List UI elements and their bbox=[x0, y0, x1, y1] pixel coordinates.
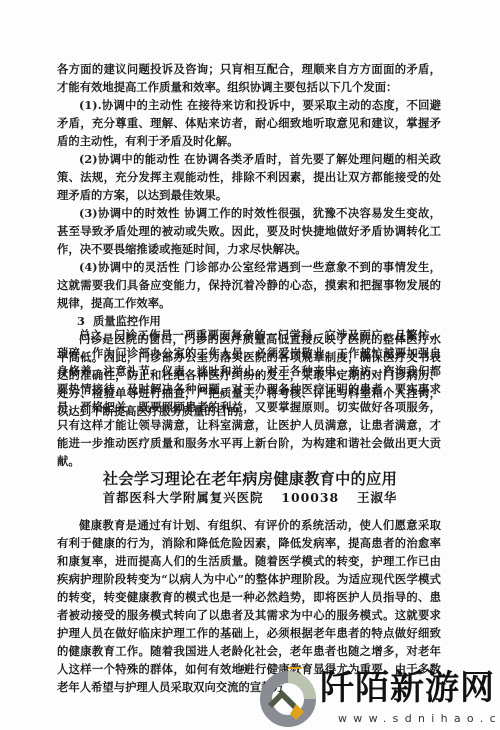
paragraph-continued: 各方面的建议问题投诉及咨询；只肓相互配合，理顺来自方方面面的矛盾，才能有效地提高… bbox=[57, 60, 441, 96]
paragraph-item-2: (2)协调中的能动性 在协调各类矛盾时，首先要了解处理问题的相关政策、法规，充分… bbox=[57, 150, 441, 204]
document-page: 各方面的建议问题投诉及咨询；只肓相互配合，理顺来自方方面面的矛盾，才能有效地提高… bbox=[0, 0, 500, 730]
article-byline: 首都医科大学附属复兴医院100038王淑华 bbox=[0, 489, 500, 507]
page-number: 41 bbox=[240, 663, 249, 673]
author: 王淑华 bbox=[357, 490, 397, 505]
paragraph-item-1: (1).协调中的主动性 在接待来访和投诉中，要采取主动的态度，不回避矛盾，充分尊… bbox=[57, 96, 441, 150]
paragraph-conclusion: 总之，门诊工作是一项重要而复杂的一门学科，它涉及面广，且繁忙、琐碎。作为门诊部办… bbox=[57, 326, 441, 470]
affiliation: 首都医科大学附属复兴医院 bbox=[103, 490, 264, 505]
article1-conclusion: 总之，门诊工作是一项重要而复杂的一门学科，它涉及面广，且繁忙、琐碎。作为门诊部办… bbox=[57, 326, 441, 470]
item-heading: (1).协调中的主动性 bbox=[79, 98, 183, 112]
item-heading: (3)协调中的时效性 bbox=[79, 206, 180, 220]
postcode: 100038 bbox=[281, 490, 339, 505]
watermark: 阡陌新游网 www.sdnihao.com bbox=[258, 666, 498, 728]
item-heading: (4)协调中的灵活性 bbox=[79, 260, 180, 274]
paragraph-item-4: (4)协调中的灵活性 门诊部办公室经常遇到一些意象不到的事情发生，这就需要我们具… bbox=[57, 258, 441, 312]
watermark-title: 阡陌新游网 bbox=[320, 668, 495, 708]
article-title: 社会学习理论在老年病房健康教育中的应用 bbox=[0, 469, 500, 489]
watermark-logo-icon bbox=[258, 666, 320, 728]
paragraph-item-3: (3)协调中的时效性 协调工作的时效性很强，犹豫不决容易发生变故，甚至导致矛盾处… bbox=[57, 204, 441, 258]
watermark-url: www.sdnihao.com bbox=[338, 712, 500, 725]
item-heading: (2)协调中的能动性 bbox=[79, 152, 180, 166]
